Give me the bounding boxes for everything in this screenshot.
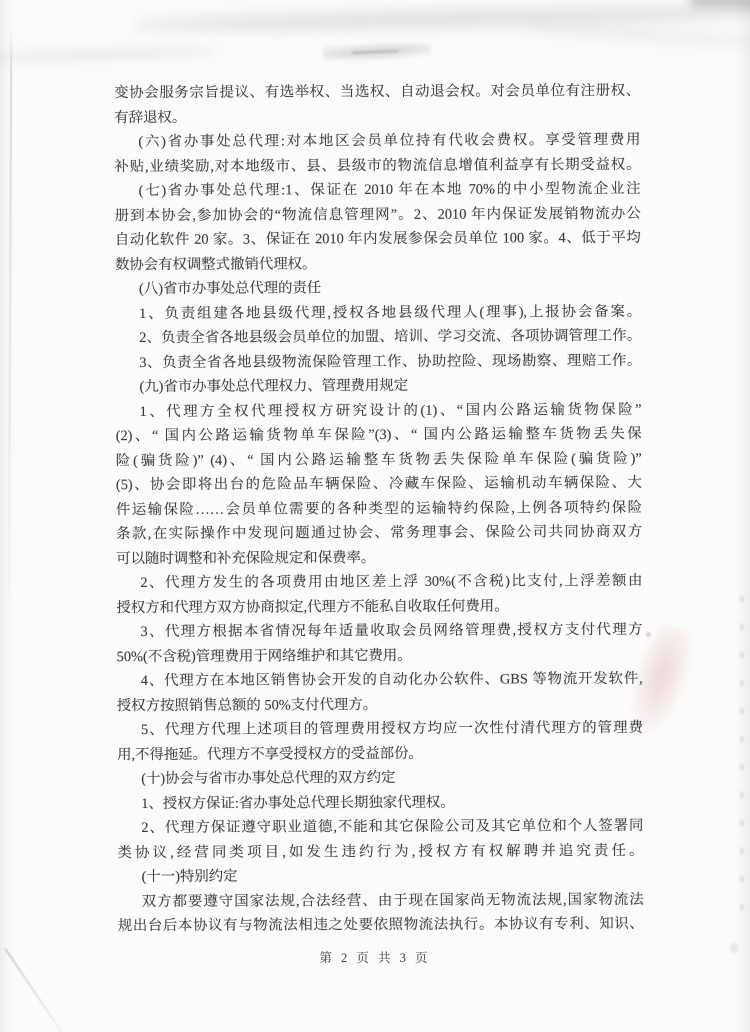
paper-edge-left — [8, 26, 13, 641]
document-line: 授权方和代理方双方协商拟定,代理方不能私自收取任何费用。 — [116, 593, 642, 620]
document-line: 险(骗货险)” (4)、“ 国内公路运输整车货物丢失保险单车保险(骗货险)” — [116, 446, 642, 473]
stamp-residue-dot — [645, 631, 652, 638]
document-line: 2、负责全省各地县级会员单位的加盟、培训、学习交流、各项协调管理工作。 — [115, 324, 641, 351]
document-body: 变协会服务宗旨提议、有选举权、当选权、自动退会权。对会员单位有注册权、 有辞退权… — [114, 79, 644, 939]
section-heading-line: (九)省市办事处总代理权力、管理费用规定 — [115, 373, 641, 400]
document-line: 变协会服务宗旨提议、有选举权、当选权、自动退会权。对会员单位有注册权、 — [114, 79, 640, 106]
document-line: 可以随时调整和补充保险规定和保费率。 — [116, 544, 642, 571]
document-line: 有辞退权。 — [114, 103, 640, 130]
stamp-residue-edge — [740, 596, 744, 911]
document-line: 类协议,经营同类项目,如发生违约行为,授权方有权解聘并追究责任。 — [117, 838, 643, 865]
document-line: (六)省办事处总代理:对本地区会员单位持有代收会费权。享受管理费用 — [114, 128, 640, 155]
document-line: 件运输保险……会员单位需要的各种类型的运输特约保险,上例各项特约保险 — [116, 495, 642, 522]
document-line: (七)省办事处总代理:1、保证在 2010 年在本地 70%的中小型物流企业注 — [115, 177, 641, 204]
section-heading-line: (八)省市办事处总代理的责任 — [115, 275, 641, 302]
document-line: (2)、“ 国内公路运输货物单车保险”(3)、“ 国内公路运输整车货物丢失保 — [116, 422, 642, 449]
document-line: 条款,在实际操作中发现问题通过协会、常务理事会、保险公司共同协商双方 — [116, 520, 642, 547]
document-line: 1、负责组建各地县级代理,授权各地县级代理人(理事),上报协会备案。 — [115, 299, 641, 326]
document-line: 1、授权方保证:省办事处总代理长期独家代理权。 — [117, 789, 643, 816]
document-line: 双方都要遵守国家法规,合法经营、由于现在国家尚无物流法规,国家物流法 — [118, 887, 644, 914]
document-line: 3、负责全省各地县级物流保险管理工作、协助控险、现场勘察、理赔工作。 — [115, 348, 641, 375]
document-line: 规出台后本协议有与物流法相违之处要依照物流法执行。本协议有专利、知识、 — [118, 912, 644, 939]
document-line: 补贴,业绩奖励,对本地级市、县、县级市的物流信息增值利益享有长期受益权。 — [114, 152, 640, 179]
document-line: 3、代理方根据本省情况每年适量收取会员网络管理费,授权方支付代理方 — [116, 618, 642, 645]
document-line: 数协会有权调整式撤销代理权。 — [115, 250, 641, 277]
scanned-document-page: 变协会服务宗旨提议、有选举权、当选权、自动退会权。对会员单位有注册权、 有辞退权… — [0, 0, 750, 1032]
document-line: 2、代理方发生的各项费用由地区差上浮 30%(不含税)比支付,上浮差额由 — [116, 569, 642, 596]
scan-shadow-top-left — [0, 47, 217, 63]
document-line: 册到本协会,参加协会的“物流信息管理网”。2、2010 年内保证发展销物流办公 — [115, 201, 641, 228]
section-heading-line: (十一)特别约定 — [118, 863, 644, 890]
pencil-smudge-dash — [352, 50, 398, 54]
document-line: (5)、协会即将出台的危险品车辆保险、冷藏车保险、运输机动车辆保险、大 — [116, 471, 642, 498]
document-line: 用,不得拖延。代理方不享受授权方的受益部份。 — [117, 740, 643, 767]
scan-shadow-top-right — [520, 23, 750, 48]
scan-shadow-top — [130, 3, 750, 34]
document-line: 自动化软件 20 家。3、保证在 2010 年内发展参保会员单位 100 家。4… — [115, 226, 641, 253]
document-line: 4、代理方在本地区销售协会开发的自动化办公软件、GBS 等物流开发软件, — [117, 667, 643, 694]
scan-shadow-top-right-corner — [690, 0, 750, 9]
document-line: 2、代理方保证遵守职业道德,不能和其它保险公司及其它单位和个人签署同 — [117, 814, 643, 841]
document-line: 1、代理方全权代理授权方研究设计的(1)、“国内公路运输货物保险” — [116, 397, 642, 424]
section-heading-line: (十)协会与省市办事处总代理的双方约定 — [117, 765, 643, 792]
document-line: 授权方按照销售总额的 50%支付代理方。 — [117, 691, 643, 718]
pencil-smudge — [323, 42, 431, 60]
document-line: 50%(不含税)管理费用于网络维护和其它费用。 — [117, 642, 643, 669]
page-number: 第 2 页 共 3 页 — [0, 948, 750, 966]
document-line: 5、代理方代理上述项目的管理费用授权方均应一次性付清代理方的管理费 — [117, 716, 643, 743]
